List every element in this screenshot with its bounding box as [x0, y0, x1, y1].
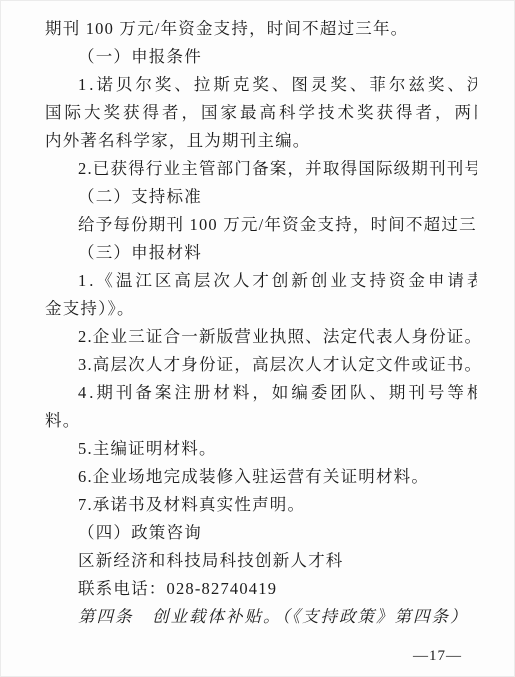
text-line: 4.期刊备案注册材料，如编委团队、期刊号等相关证明材 [45, 379, 477, 407]
text-line: 第四条 创业载体补贴。（《支持政策》第四条） [45, 603, 477, 631]
document-page: 期刊 100 万元/年资金支持，时间不超过三年。（一）申报条件1.诺贝尔奖、拉斯… [0, 0, 515, 677]
text-line: 料。 [45, 407, 477, 435]
text-line: 5.主编证明材料。 [45, 435, 477, 463]
text-line: （二）支持标准 [45, 183, 477, 211]
page-number: —17— [413, 648, 462, 665]
text-line: 6.企业场地完成装修入驻运营有关证明材料。 [45, 463, 477, 491]
text-line: （三）申报材料 [45, 239, 477, 267]
text-line: 1.诺贝尔奖、拉斯克奖、图灵奖、菲尔兹奖、沃尔夫奖等 [45, 71, 477, 99]
text-line: 2.企业三证合一新版营业执照、法定代表人身份证。 [45, 323, 477, 351]
text-line: 给予每份期刊 100 万元/年资金支持，时间不超过三年。 [45, 211, 477, 239]
text-line: （四）政策咨询 [45, 519, 477, 547]
text-line: （一）申报条件 [45, 43, 477, 71]
text-line: 2.已获得行业主管部门备案，并取得国际级期刊刊号。 [45, 155, 477, 183]
text-line: 区新经济和科技局科技创新人才科 [45, 547, 477, 575]
text-line: 1.《温江区高层次人才创新创业支持资金申请表（创业资 [45, 267, 477, 295]
text-line: 内外著名科学家，且为期刊主编。 [45, 127, 477, 155]
text-line: 7.承诺书及材料真实性声明。 [45, 491, 477, 519]
text-line: 期刊 100 万元/年资金支持，时间不超过三年。 [45, 15, 477, 43]
text-line: 国际大奖获得者，国家最高科学技术奖获得者，两院院士等国 [45, 99, 477, 127]
text-line: 联系电话：028-82740419 [45, 575, 477, 603]
text-line: 3.高层次人才身份证，高层次人才认定文件或证书。 [45, 351, 477, 379]
document-body: 期刊 100 万元/年资金支持，时间不超过三年。（一）申报条件1.诺贝尔奖、拉斯… [45, 15, 477, 631]
text-line: 金支持）》。 [45, 295, 477, 323]
